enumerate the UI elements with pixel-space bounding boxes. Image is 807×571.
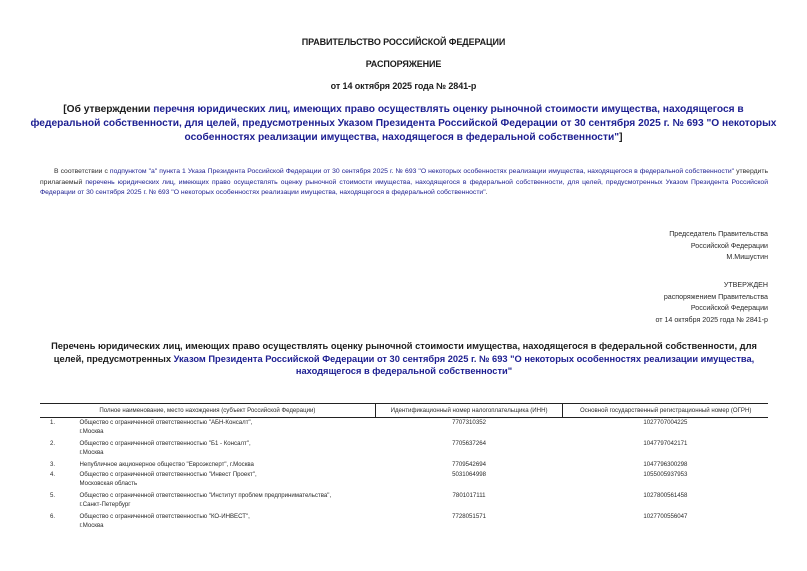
row-number: 3. [40, 460, 80, 470]
preamble-text: . [486, 189, 488, 196]
entity-location: г.Москва [80, 449, 376, 458]
inn-value: 5031064998 [375, 470, 563, 491]
decree-link[interactable]: Указом Президента Российской Федерации о… [174, 354, 755, 377]
column-header-ogrn: Основной государственный регистрационный… [563, 404, 768, 418]
ogrn-value: 1027707004225 [563, 418, 768, 440]
ogrn-value: 1047796300298 [563, 460, 768, 470]
signatory-org: Российской Федерации [669, 241, 768, 253]
entity-name: Общество с ограниченной ответственностью… [80, 471, 376, 480]
ogrn-value: 1027800561458 [563, 491, 768, 512]
column-header-name: Полное наименование, место нахождения (с… [40, 404, 375, 418]
entity-name: Общество с ограниченной ответственностью… [80, 419, 376, 428]
signature-block: Председатель Правительства Российской Фе… [669, 229, 768, 264]
ogrn-value: 1047797042171 [563, 439, 768, 460]
row-number: 2. [40, 439, 80, 460]
signatory-position: Председатель Правительства [669, 229, 768, 241]
table-row: 6.Общество с ограниченной ответственност… [40, 512, 768, 533]
entity-name-cell: Непубличное акционерное общество "Евроэк… [80, 460, 376, 470]
ogrn-value: 1055005937953 [563, 470, 768, 491]
column-header-inn: Идентификационный номер налогоплательщик… [375, 404, 563, 418]
inn-value: 7705637264 [375, 439, 563, 460]
preamble-text: В соответствии с [54, 168, 110, 175]
table-row: 2.Общество с ограниченной ответственност… [40, 439, 768, 460]
table-header-row: Полное наименование, место нахождения (с… [40, 404, 768, 418]
row-number: 4. [40, 470, 80, 491]
entity-name-cell: Общество с ограниченной ответственностью… [80, 470, 376, 491]
list-title: Перечень юридических лиц, имеющих право … [40, 340, 768, 378]
row-number: 1. [40, 418, 80, 440]
entity-name-cell: Общество с ограниченной ответственностью… [80, 512, 376, 533]
approval-line: Российской Федерации [655, 303, 768, 315]
approval-date: от 14 октября 2025 года № 2841-р [655, 315, 768, 327]
entity-name-cell: Общество с ограниченной ответственностью… [80, 491, 376, 512]
document-date: от 14 октября 2025 года № 2841-р [0, 81, 807, 91]
entity-name-cell: Общество с ограниченной ответственностью… [80, 439, 376, 460]
entity-location: г.Москва [80, 428, 376, 437]
entity-location: Московская область [80, 480, 376, 489]
inn-value: 7707310352 [375, 418, 563, 440]
row-number: 5. [40, 491, 80, 512]
entity-name-cell: Общество с ограниченной ответственностью… [80, 418, 376, 440]
table-row: 4.Общество с ограниченной ответственност… [40, 470, 768, 491]
inn-value: 7728051571 [375, 512, 563, 533]
ogrn-value: 1027700556047 [563, 512, 768, 533]
issuing-authority: ПРАВИТЕЛЬСТВО РОССИЙСКОЙ ФЕДЕРАЦИИ [0, 37, 807, 47]
entity-name: Непубличное акционерное общество "Евроэк… [80, 461, 376, 470]
approval-stamp: УТВЕРЖДЕН распоряжением Правительства Ро… [655, 280, 768, 326]
inn-value: 7709542694 [375, 460, 563, 470]
entity-location: г.Москва [80, 522, 376, 531]
table-row: 3.Непубличное акционерное общество "Евро… [40, 460, 768, 470]
legal-entities-table: Полное наименование, место нахождения (с… [40, 403, 768, 533]
row-number: 6. [40, 512, 80, 533]
entity-location: г.Санкт-Петербург [80, 501, 376, 510]
document-title: [Об утверждении перечня юридических лиц,… [30, 103, 777, 145]
preamble-paragraph: В соответствии с подпунктом "а" пункта 1… [40, 167, 768, 199]
decree-subclause-link[interactable]: подпунктом "а" пункта 1 Указа Президента… [110, 168, 734, 175]
entity-name: Общество с ограниченной ответственностью… [80, 440, 376, 449]
approved-list-link[interactable]: перечень юридических лиц, имеющих право … [40, 179, 768, 197]
title-suffix: ] [619, 132, 622, 143]
signatory-name: М.Мишустин [669, 252, 768, 264]
approval-line: распоряжением Правительства [655, 292, 768, 304]
approval-heading: УТВЕРЖДЕН [655, 280, 768, 292]
entity-name: Общество с ограниченной ответственностью… [80, 513, 376, 522]
entity-name: Общество с ограниченной ответственностью… [80, 492, 376, 501]
table-row: 1.Общество с ограниченной ответственност… [40, 418, 768, 440]
title-prefix: [Об утверждении [63, 104, 153, 115]
document-type: РАСПОРЯЖЕНИЕ [0, 59, 807, 69]
inn-value: 7801017111 [375, 491, 563, 512]
table-row: 5.Общество с ограниченной ответственност… [40, 491, 768, 512]
